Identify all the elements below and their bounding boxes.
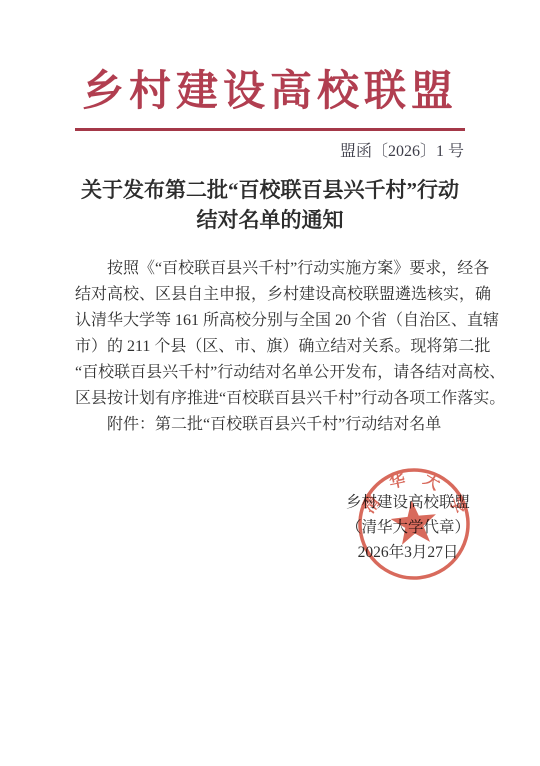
- body-line: 按照《“百校联百县兴千村”行动实施方案》要求，经各: [75, 256, 467, 282]
- red-divider-rule: [75, 128, 465, 131]
- signature-block: 乡村建设高校联盟 （清华大学代章） 2026年3月27日: [346, 490, 470, 565]
- body-line: 区县按计划有序推进“百校联百县兴千村”行动各项工作落实。: [75, 386, 467, 412]
- attachment-line: 附件：第二批“百校联百县兴千村”行动结对名单: [75, 412, 467, 438]
- official-document-page: 乡村建设高校联盟 盟函〔2026〕1 号 关于发布第二批“百校联百县兴千村”行动…: [0, 0, 540, 766]
- document-number: 盟函〔2026〕1 号: [340, 141, 464, 163]
- notice-title-line1: 关于发布第二批“百校联百县兴千村”行动: [81, 178, 459, 202]
- body-line: 结对高校、区县自主申报，乡村建设高校联盟遴选核实，确: [75, 282, 467, 308]
- org-masthead-title: 乡村建设高校联盟: [0, 70, 540, 114]
- body-line: 认清华大学等 161 所高校分别与全国 20 个省（自治区、直辖: [75, 308, 467, 334]
- notice-title: 关于发布第二批“百校联百县兴千村”行动 结对名单的通知: [40, 175, 500, 235]
- notice-title-line2: 结对名单的通知: [197, 208, 344, 232]
- body-line: 市）的 211 个县（区、市、旗）确立结对关系。现将第二批: [75, 334, 467, 360]
- signature-date: 2026年3月27日: [346, 540, 470, 565]
- body-line: “百校联百县兴千村”行动结对名单公开发布，请各结对高校、: [75, 360, 467, 386]
- signature-org: 乡村建设高校联盟: [346, 490, 470, 515]
- notice-body: 按照《“百校联百县兴千村”行动实施方案》要求，经各 结对高校、区县自主申报，乡村…: [75, 256, 467, 438]
- signature-agent-note: （清华大学代章）: [346, 515, 470, 540]
